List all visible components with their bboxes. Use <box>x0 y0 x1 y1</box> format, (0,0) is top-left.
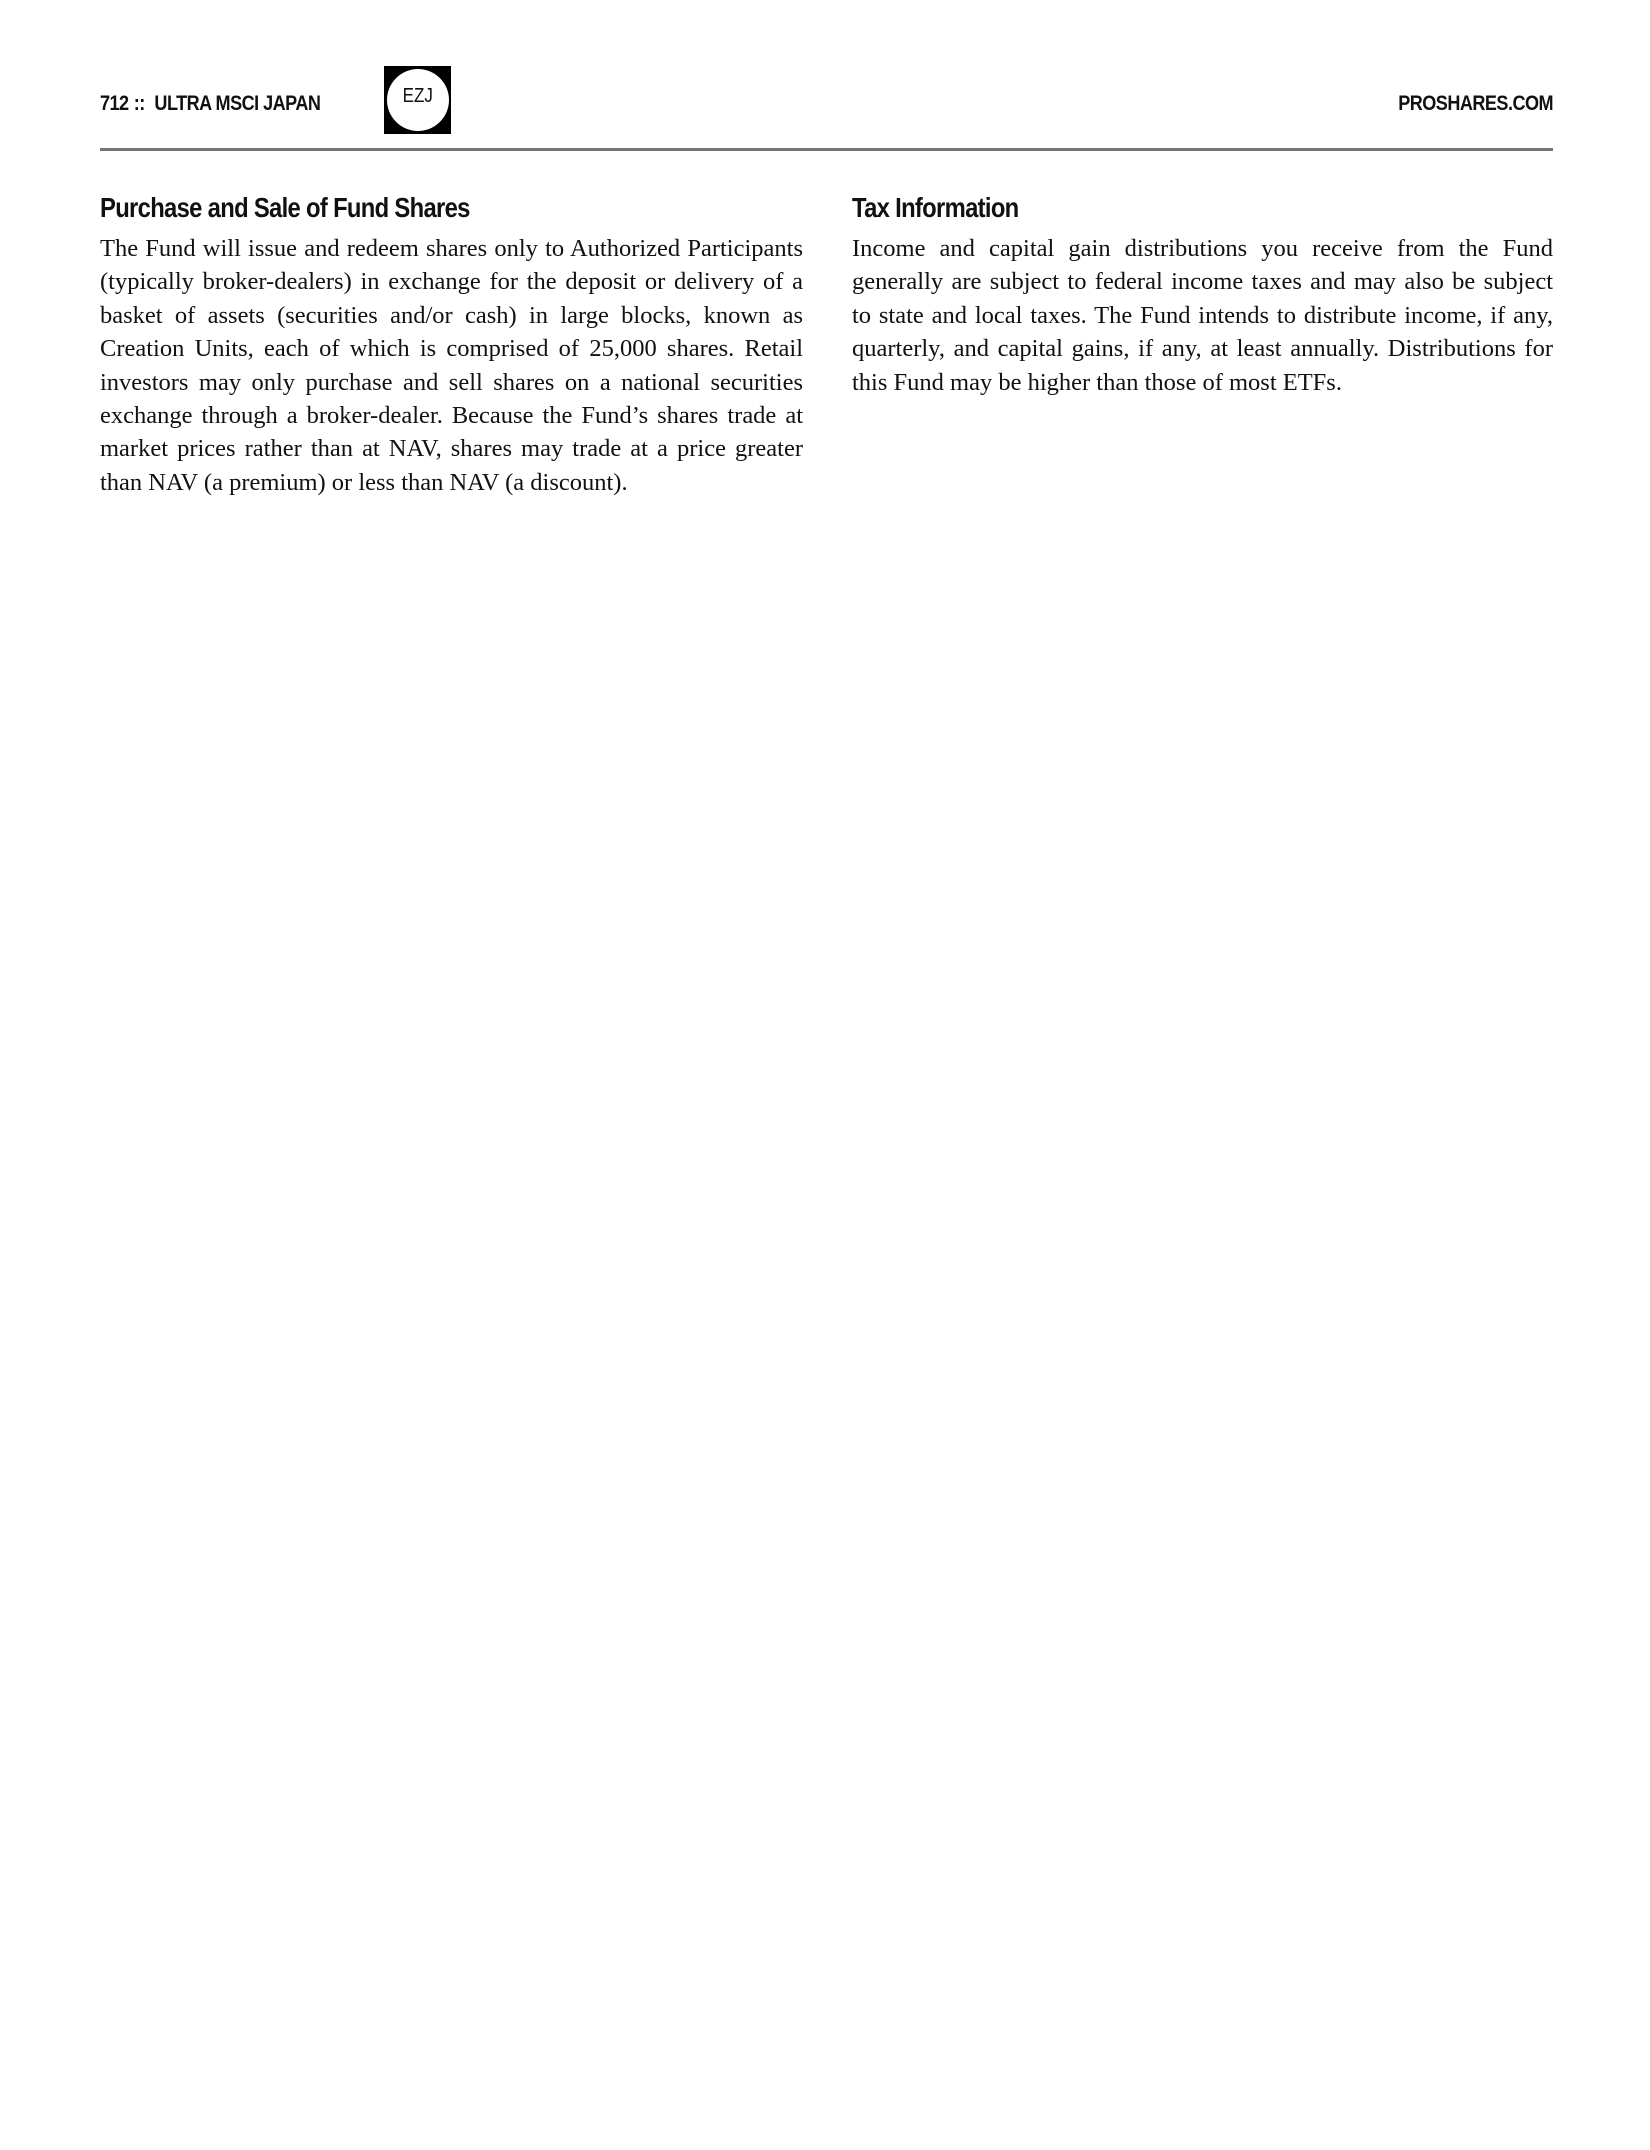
fund-name: ULTRA MSCI JAPAN <box>154 92 320 115</box>
ticker-logo: EZJ <box>384 66 451 134</box>
header-page-info: 712:: ULTRA MSCI JAPAN <box>100 92 320 116</box>
website-label: PROSHARES.COM <box>1398 92 1553 116</box>
header-separator: :: <box>134 92 145 115</box>
section-purchase-sale: Purchase and Sale of Fund Shares The Fun… <box>100 190 803 499</box>
section-title: Purchase and Sale of Fund Shares <box>100 190 698 226</box>
section-tax-information: Tax Information Income and capital gain … <box>852 190 1553 399</box>
header-divider <box>100 148 1553 151</box>
section-body: The Fund will issue and redeem shares on… <box>100 232 803 499</box>
section-title: Tax Information <box>852 190 1448 226</box>
ticker-circle-icon: EZJ <box>387 69 449 131</box>
ticker-symbol: EZJ <box>402 85 432 108</box>
page-header: 712:: ULTRA MSCI JAPAN EZJ PROSHARES.COM <box>100 66 1553 134</box>
section-body: Income and capital gain distributions yo… <box>852 232 1553 399</box>
page-number: 712 <box>100 92 129 115</box>
